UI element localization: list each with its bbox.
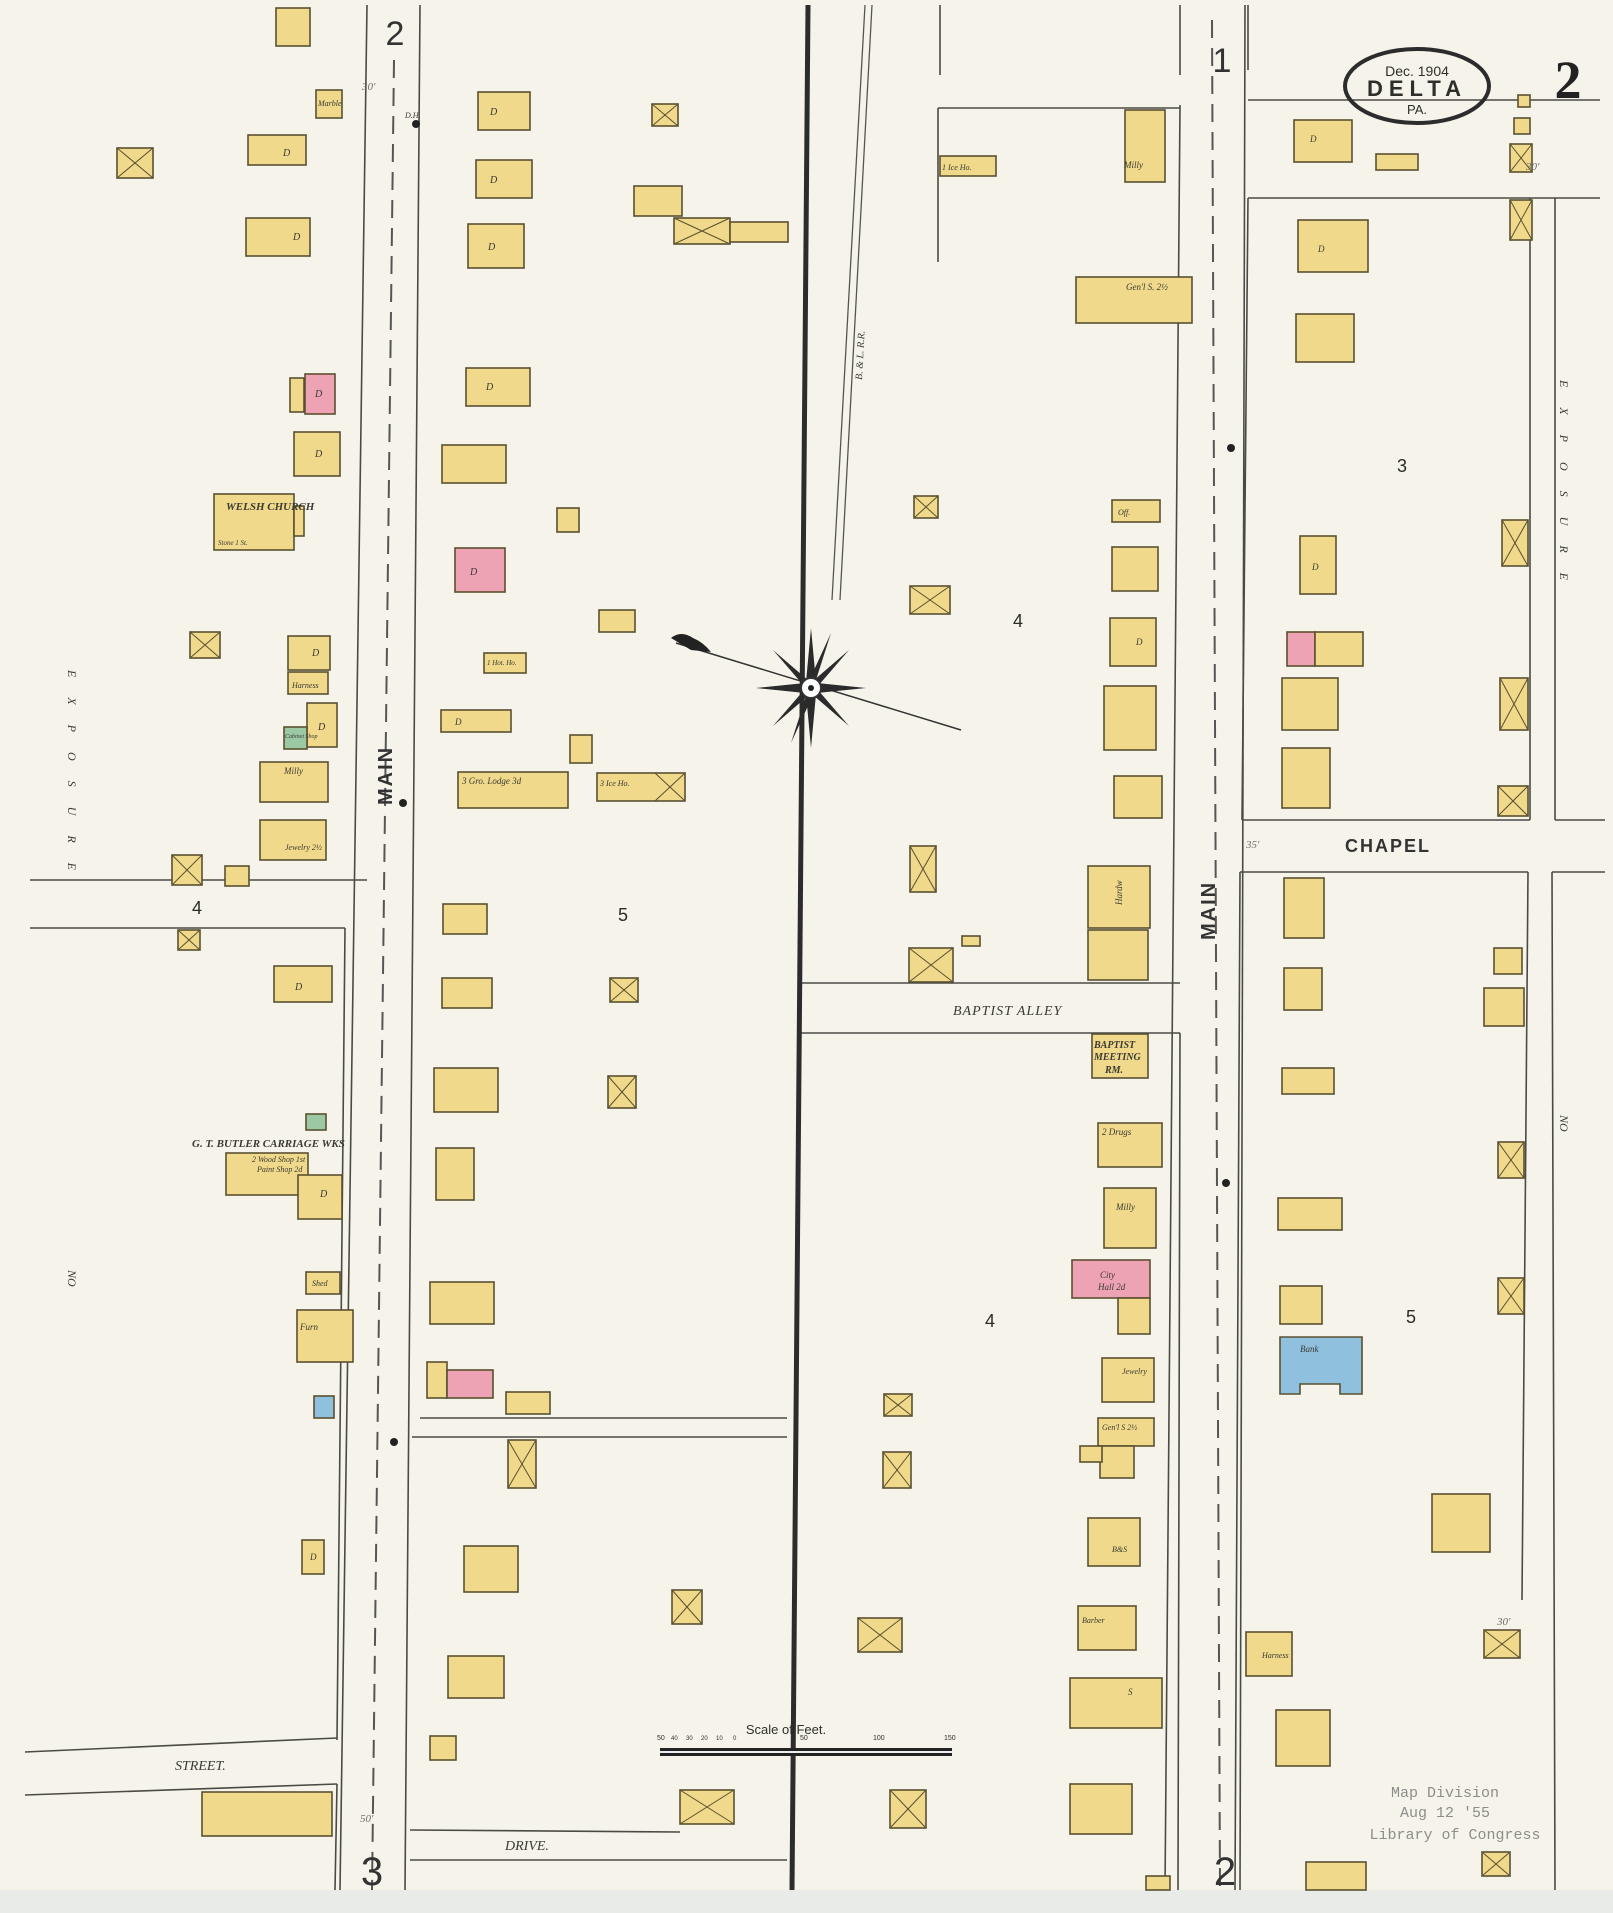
svg-text:0: 0: [733, 1736, 737, 1742]
svg-text:WELSH CHURCH: WELSH CHURCH: [226, 501, 315, 513]
sheet-number: 2: [1555, 50, 1582, 110]
svg-text:Barber: Barber: [1082, 1616, 1106, 1625]
svg-text:D.H.: D.H.: [404, 111, 421, 120]
block-number: 4: [192, 898, 202, 918]
svg-text:20: 20: [701, 1736, 708, 1742]
railroad-track: [792, 5, 808, 1890]
svg-text:30': 30': [1525, 161, 1540, 173]
street-label-main-west: MAIN: [375, 746, 397, 805]
svg-text:50: 50: [800, 1735, 808, 1742]
east-block-buildings[interactable]: D D D Bank: [1246, 95, 1532, 1890]
svg-text:Milly: Milly: [283, 766, 303, 776]
svg-text:D: D: [489, 107, 498, 118]
street-label-main-east: MAIN: [1198, 881, 1220, 940]
street-label-street: STREET.: [175, 1759, 226, 1774]
sanborn-map[interactable]: B. & L. R.R. Dec. 1904 DELTA PA. 2 2 1 3…: [0, 0, 1613, 1913]
svg-text:Gen'l S 2½: Gen'l S 2½: [1102, 1423, 1137, 1432]
svg-text:S: S: [1128, 1687, 1133, 1697]
svg-text:D: D: [317, 722, 326, 733]
svg-text:Stone 1 St.: Stone 1 St.: [218, 539, 248, 547]
svg-text:30: 30: [686, 1736, 693, 1742]
center-block-buildings[interactable]: D D D D D 1 Hot. Ho. D 3 Gro. Lodge 3d 3…: [427, 92, 788, 1824]
svg-text:1 Ice Ho.: 1 Ice Ho.: [942, 163, 972, 172]
svg-text:3 Gro. Lodge 3d: 3 Gro. Lodge 3d: [461, 776, 522, 786]
svg-text:B&S: B&S: [1112, 1545, 1127, 1554]
svg-text:Shed: Shed: [312, 1279, 329, 1288]
block-number: 4: [985, 1311, 995, 1331]
svg-text:D: D: [485, 382, 494, 393]
svg-text:50': 50': [360, 1813, 374, 1825]
svg-text:D: D: [294, 982, 303, 993]
svg-text:10: 10: [716, 1736, 723, 1742]
svg-text:30': 30': [1496, 1616, 1511, 1628]
svg-text:Marble: Marble: [317, 99, 342, 108]
svg-text:Jewelry: Jewelry: [1122, 1367, 1147, 1376]
svg-text:Furn: Furn: [299, 1322, 319, 1332]
street-label-chapel: CHAPEL: [1345, 836, 1431, 856]
northeast-block-buildings[interactable]: Milly 1 Ice Ho. Gen'l S. 2½ Off. D Hardw: [909, 110, 1192, 982]
svg-text:Map Division: Map Division: [1391, 1785, 1499, 1802]
block-number: 5: [1406, 1307, 1416, 1327]
svg-text:D: D: [1309, 134, 1317, 144]
svg-text:D: D: [311, 648, 320, 659]
svg-text:D: D: [314, 449, 323, 460]
svg-text:Hall 2d: Hall 2d: [1097, 1282, 1126, 1292]
title-town: DELTA: [1367, 76, 1467, 101]
block-number: 5: [618, 905, 628, 925]
svg-text:Gen'l S. 2½: Gen'l S. 2½: [1126, 282, 1168, 292]
butler-carriage-works-label: G. T. BUTLER CARRIAGE WKS: [192, 1138, 345, 1150]
svg-text:D: D: [1317, 244, 1325, 254]
svg-text:BAPTIST: BAPTIST: [1093, 1040, 1136, 1051]
block-number: 3: [1397, 456, 1407, 476]
svg-text:Scale of Feet.: Scale of Feet.: [746, 1722, 826, 1737]
svg-text:Jewelry 2½: Jewelry 2½: [285, 843, 322, 852]
svg-text:Hardw: Hardw: [1114, 880, 1124, 906]
southeast-block-buildings[interactable]: BAPTIST MEETING RM. 2 Drugs Milly City H…: [858, 1034, 1170, 1890]
svg-text:150: 150: [944, 1735, 956, 1742]
svg-text:Harness: Harness: [1261, 1651, 1289, 1660]
svg-text:D: D: [1135, 637, 1143, 647]
svg-text:D: D: [319, 1189, 328, 1200]
svg-text:35': 35': [1245, 839, 1260, 851]
svg-text:D: D: [487, 242, 496, 253]
svg-text:D: D: [454, 717, 462, 727]
svg-text:40: 40: [671, 1736, 678, 1742]
sheet-ref-top-left: 2: [386, 15, 405, 53]
bank-building[interactable]: [1280, 1337, 1362, 1394]
compass-rose: [671, 628, 961, 748]
svg-text:D: D: [1311, 562, 1319, 572]
water-pipe-west: [372, 60, 394, 1890]
sheet-ref-bottom-left: 3: [361, 1850, 383, 1894]
title-state: PA.: [1407, 102, 1427, 117]
svg-text:1 Hot. Ho.: 1 Hot. Ho.: [487, 659, 517, 667]
sheet-ref-bottom-right: 2: [1214, 1850, 1236, 1894]
library-stamp: Map Division Aug 12 '55 Library of Congr…: [1369, 1785, 1540, 1844]
svg-text:Milly: Milly: [1123, 160, 1143, 170]
svg-text:Library of Congress: Library of Congress: [1369, 1827, 1540, 1844]
svg-text:NO: NO: [65, 1269, 79, 1287]
scale-of-feet: Scale of Feet. 50 40 30 20 10 0 50 100 1…: [657, 1722, 956, 1756]
railroad-spur: [832, 5, 865, 600]
svg-text:3 Ice Ho.: 3 Ice Ho.: [599, 779, 630, 788]
street-label-drive: DRIVE.: [504, 1839, 549, 1854]
street-grid: [25, 5, 1605, 1890]
svg-text:MEETING: MEETING: [1093, 1052, 1141, 1063]
svg-text:2 Drugs: 2 Drugs: [1102, 1127, 1132, 1137]
sheet-ref-top-right: 1: [1213, 42, 1232, 80]
svg-text:D: D: [469, 567, 478, 578]
street-label-baptist-alley: BAPTIST ALLEY: [953, 1004, 1064, 1019]
svg-text:Aug 12 '55: Aug 12 '55: [1400, 1805, 1490, 1822]
svg-text:EXPOSURE: EXPOSURE: [1557, 379, 1571, 600]
svg-text:RM.: RM.: [1104, 1065, 1123, 1076]
svg-text:D: D: [292, 232, 301, 243]
svg-text:D: D: [489, 175, 498, 186]
svg-text:100: 100: [873, 1735, 885, 1742]
svg-text:City: City: [1100, 1270, 1115, 1280]
railroad-label: B. & L. R.R.: [854, 330, 868, 380]
title-cartouche: Dec. 1904 DELTA PA.: [1345, 49, 1489, 123]
block-number: 4: [1013, 611, 1023, 631]
svg-text:EXPOSURE: EXPOSURE: [65, 669, 79, 890]
svg-text:Harness: Harness: [291, 681, 319, 690]
svg-text:Paint Shop 2d: Paint Shop 2d: [256, 1165, 303, 1174]
svg-text:Milly: Milly: [1115, 1202, 1135, 1212]
svg-text:Cabinet Shop: Cabinet Shop: [285, 734, 318, 740]
svg-text:D: D: [282, 148, 291, 159]
svg-text:Off.: Off.: [1118, 508, 1130, 517]
svg-text:D: D: [314, 389, 323, 400]
svg-text:Bank: Bank: [1300, 1344, 1319, 1354]
water-pipe-east: [1212, 20, 1220, 1890]
svg-text:50: 50: [657, 1735, 665, 1742]
svg-text:D: D: [309, 1552, 317, 1562]
west-block-buildings[interactable]: Marble D D D D WELSH CHURCH Stone 1 St. …: [117, 8, 353, 1836]
svg-text:NO: NO: [1557, 1114, 1571, 1132]
svg-text:2 Wood Shop 1st: 2 Wood Shop 1st: [252, 1155, 306, 1164]
svg-text:30': 30': [361, 81, 376, 93]
